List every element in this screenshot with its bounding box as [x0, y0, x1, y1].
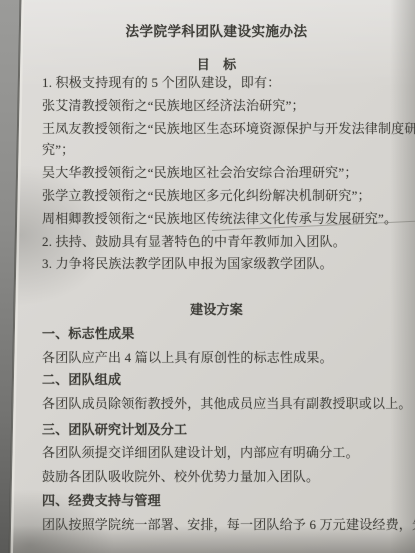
document-title: 法学院学科团队建设实施办法: [30, 20, 403, 40]
plan-section-heading: 三、团队研究计划及分工: [42, 419, 187, 438]
plan-line: 鼓励各团队吸收院外、校外优势力量加入团队。: [42, 466, 319, 485]
plan-section-heading: 二、团队组成: [42, 369, 121, 388]
goal-line: 张学立教授领衔之“民族地区多元化纠纷解决机制研究”；: [42, 185, 371, 204]
plan-line: 各团队成员除领衔教授外，其他成员应当具有副教授职或以上。: [42, 393, 412, 412]
goal-heading: 目 标: [30, 54, 403, 73]
plan-line: 各团队须提交详细团队建设计划，内部应有明确分工。: [42, 442, 359, 461]
plan-section-heading: 一、标志性成果: [42, 323, 134, 342]
plan-line: 团队按照学院统一部署、安排，每一团队给予 6 万元建设经费，先期: [42, 514, 415, 533]
document-photo: 法学院学科团队建设实施办法 目 标 1. 积极支持现有的 5 个团队建设，即有：…: [0, 0, 415, 553]
goal-line: 1. 积极支持现有的 5 个团队建设，即有：: [42, 72, 280, 91]
goal-line: 3. 力争将民族法教学团队申报为国家级教学团队。: [42, 253, 333, 272]
goal-line: 周相卿教授领衔之“民族地区传统法律文化传承与发展研究”。: [42, 208, 397, 227]
goal-line: 吴大华教授领衔之“民族地区社会治安综合治理研究”；: [42, 162, 358, 181]
goal-line: 王凤友教授领衔之“民族地区生态环境资源保护与开发法律制度研: [42, 118, 415, 137]
plan-section-heading: 四、经费支持与管理: [42, 490, 161, 509]
plan-line: 各团队应产出 4 篇以上具有原创性的标志性成果。: [42, 347, 333, 366]
goal-line: 2. 扶持、鼓励具有显著特色的中青年教师加入团队。: [42, 231, 346, 250]
plan-heading: 建设方案: [30, 299, 403, 318]
goal-line: 张艾清教授领衔之“民族地区经济法治研究”；: [42, 95, 305, 114]
goal-line: 究”；: [42, 139, 74, 158]
